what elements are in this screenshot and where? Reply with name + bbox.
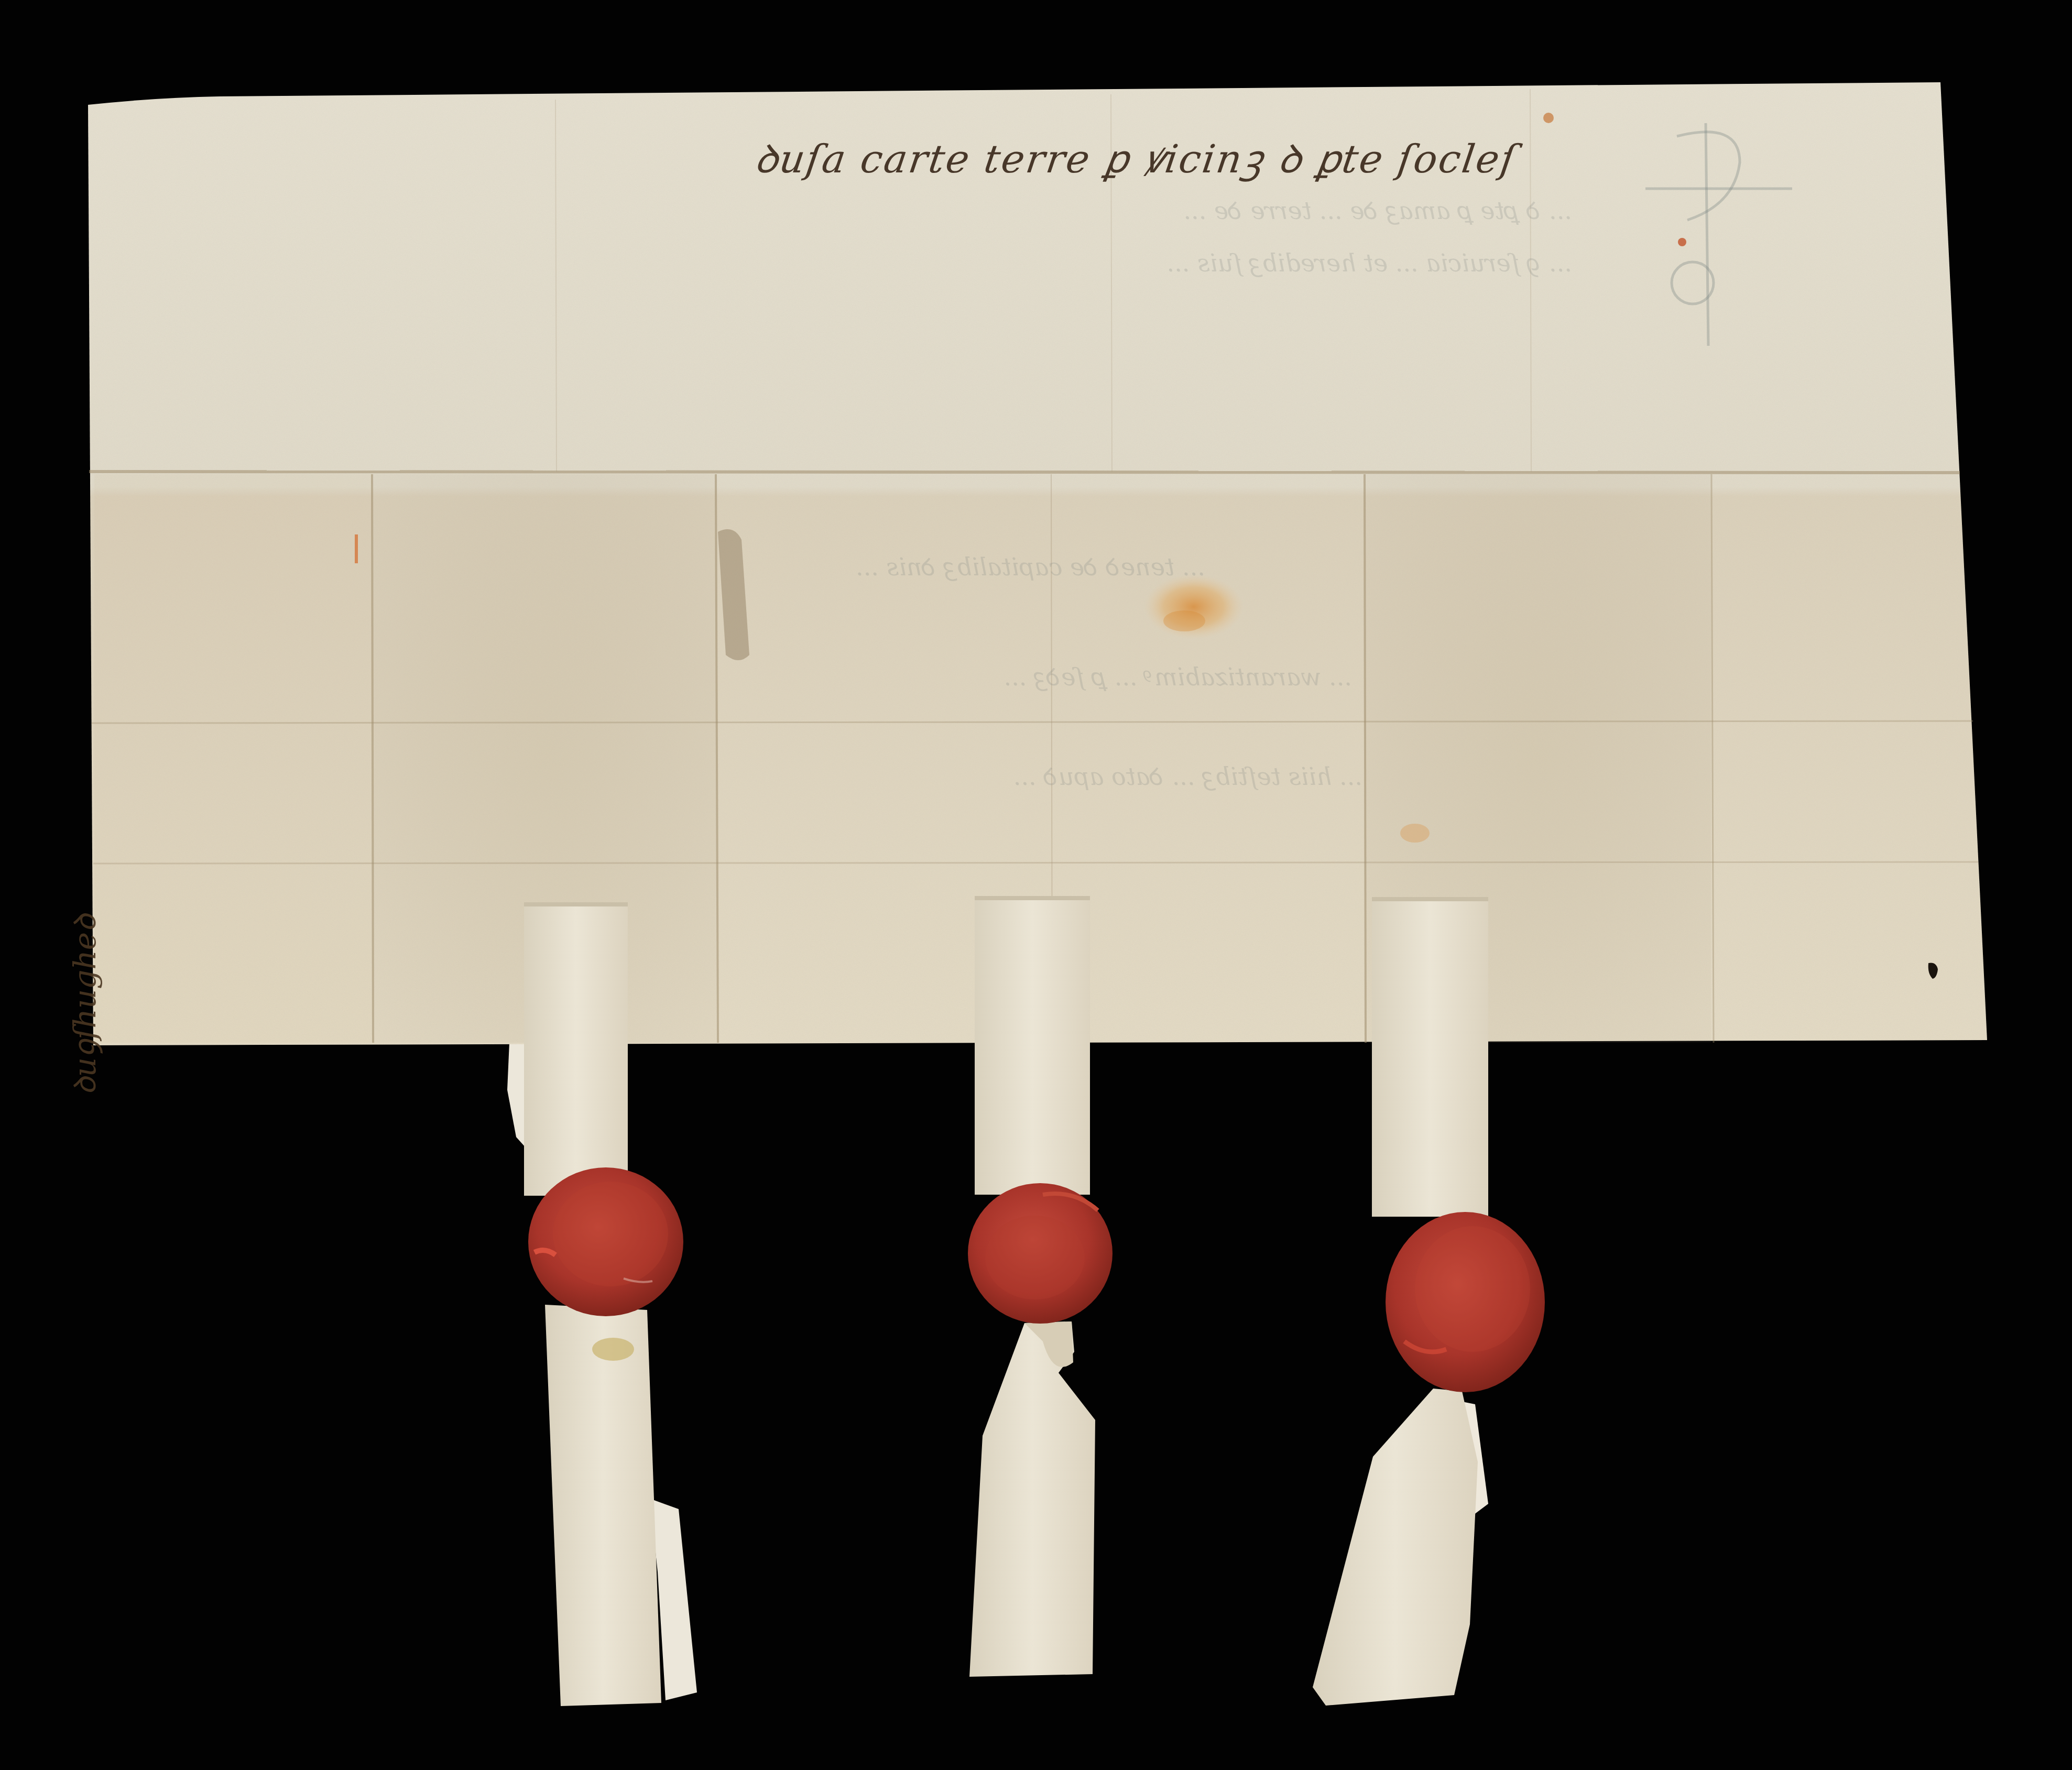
wax-seal-2 [968, 1183, 1113, 1324]
show-through-text-2: ... ꝯ ſeruicia ... et heredibꝫ ſuis ... [524, 241, 1572, 285]
wax-seal-3 [1386, 1212, 1545, 1392]
left-margin-vertical-note: ꝺuꝯſhugheꝺ [63, 886, 110, 1095]
show-through-text-4: ... warantizabimꝰ ... ꝑ ſeꝺꝫ ... [723, 655, 1352, 699]
wax-seal-1 [528, 1167, 683, 1316]
show-through-text-3: ... teneꝺ ꝺe capitalibꝫ ꝺnis ... [524, 545, 1205, 589]
dorse-endorsement-text: ꝺuſa carte terre ꝑ ꝟicinꝫ ꝺ ꝑte ſocleſ [750, 131, 1367, 194]
show-through-text-1: ... ꝺ ꝑte ꝑ amaꝫ ꝺe ... terre ꝺe ... [576, 189, 1572, 233]
show-through-text-5: ... hiis teſtibꝫ ... ꝺato apuꝺ ... [734, 755, 1362, 799]
